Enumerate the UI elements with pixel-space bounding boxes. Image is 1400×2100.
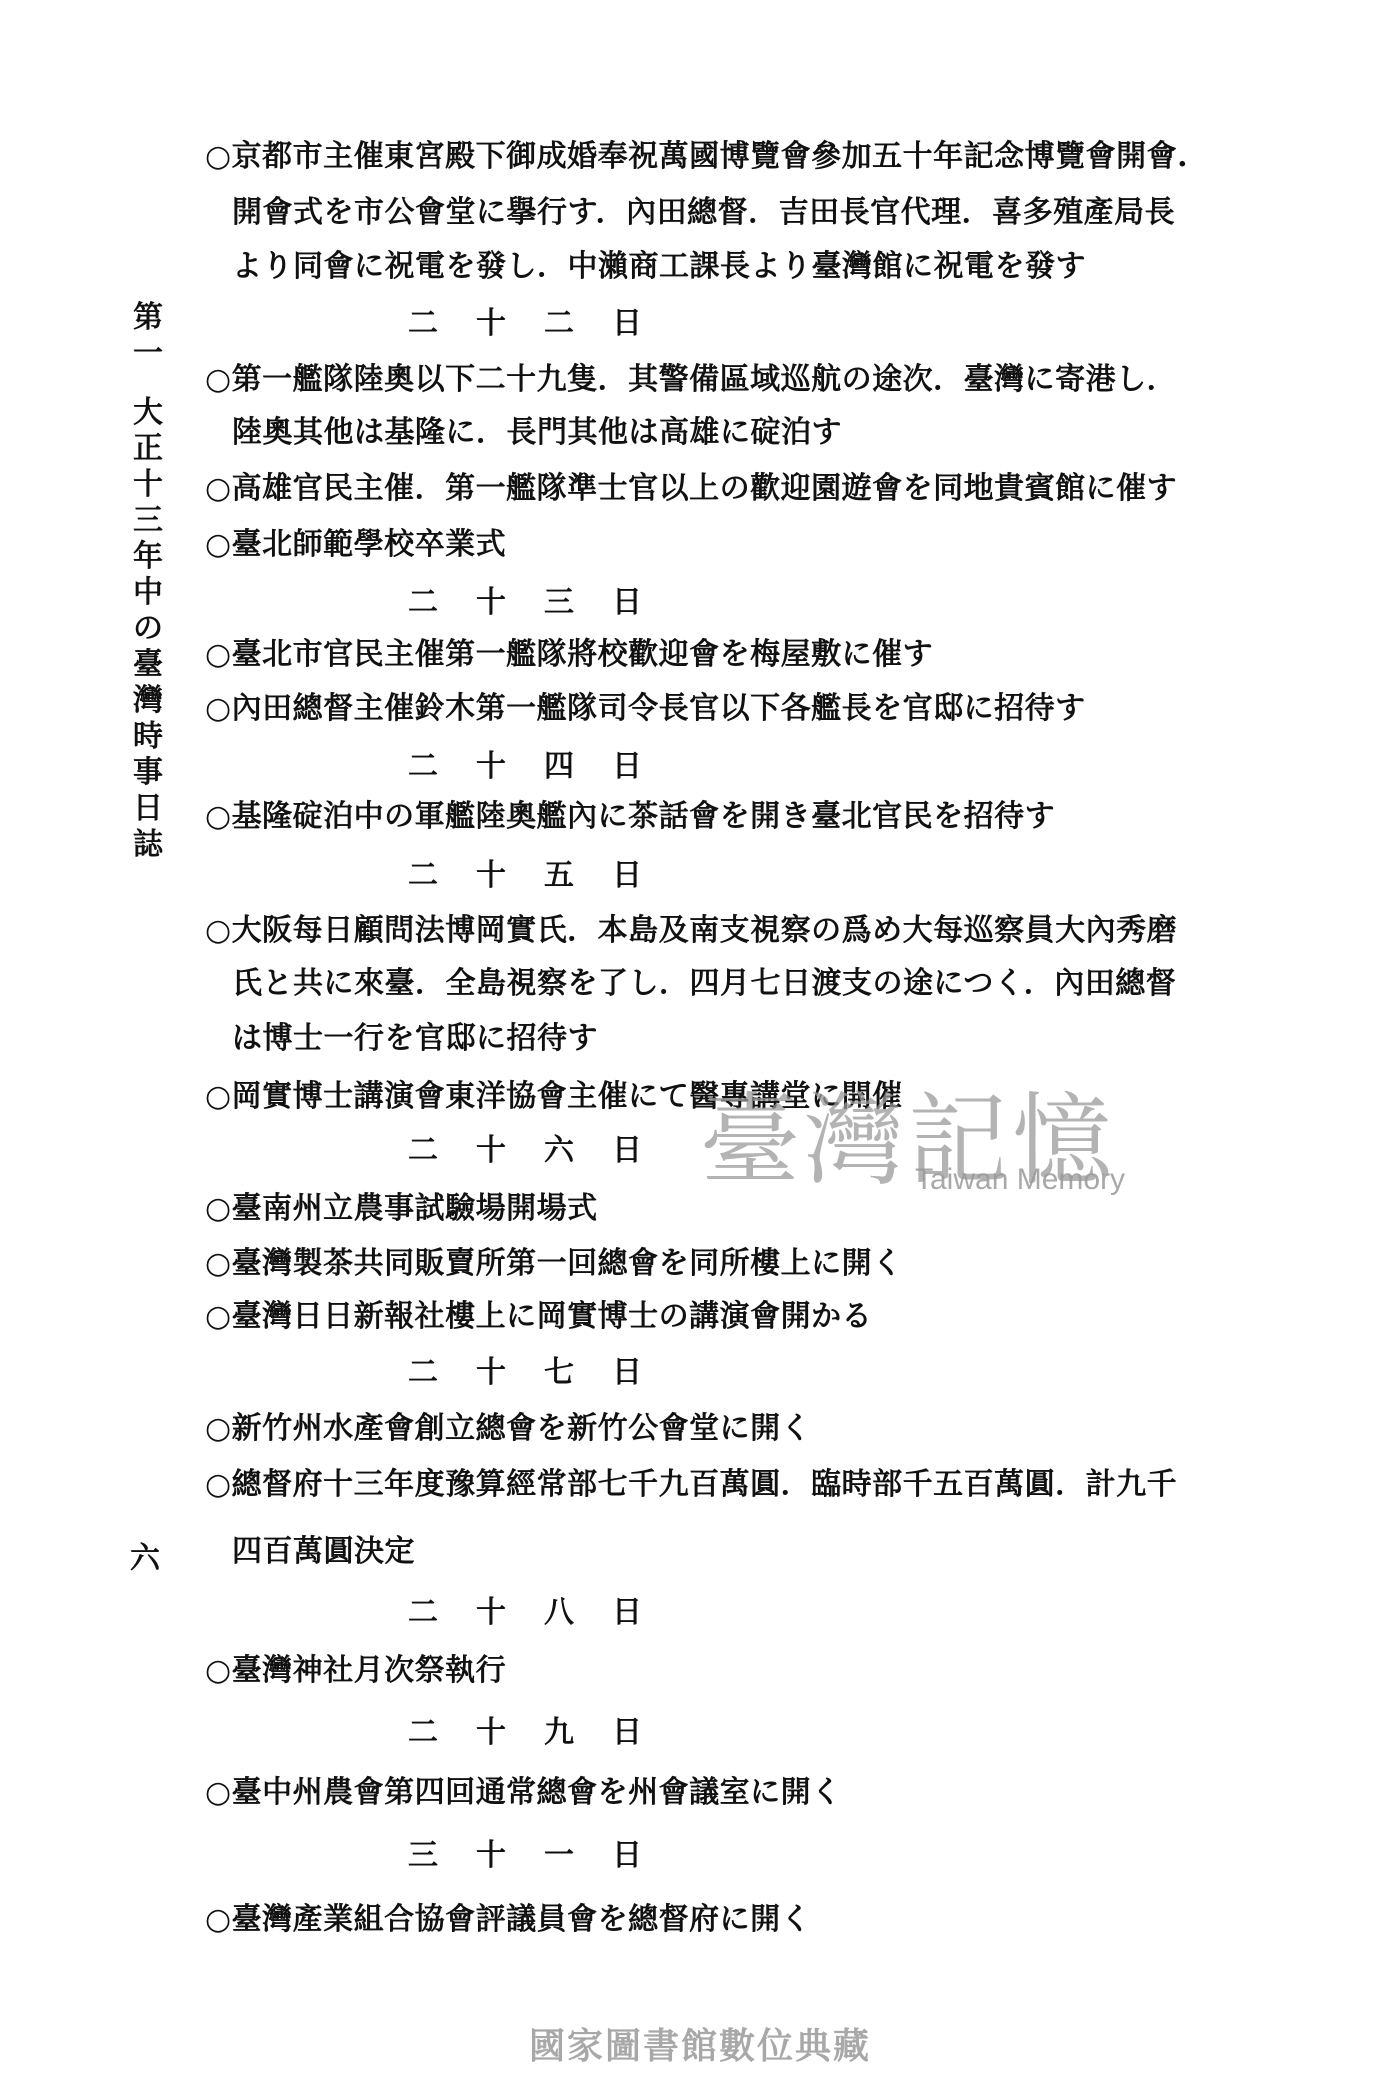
entry-line: ○臺北師範學校卒業式	[205, 525, 506, 565]
date-heading: 二十三日	[408, 583, 680, 623]
entry-line: ○臺灣神社月次祭執行	[205, 1651, 506, 1691]
entry-line: ○臺北市官民主催第一艦隊將校歡迎會を梅屋敷に催す	[205, 635, 933, 675]
entry-continuation: 開會式を市公會堂に擧行す．內田總督．吉田長官代理．喜多殖產局長	[232, 193, 1175, 233]
date-heading: 二十二日	[408, 304, 680, 344]
entry-line: ○新竹州水產會創立總會を新竹公會堂に開く	[205, 1409, 811, 1449]
date-heading: 二十五日	[408, 856, 680, 896]
entry-line: ○高雄官民主催．第一艦隊準士官以上の歡迎園遊會を同地貴賓館に催す	[205, 469, 1177, 509]
side-part-label: 第一	[130, 300, 166, 372]
date-heading: 二十四日	[408, 747, 680, 787]
entry-continuation: より同會に祝電を發し．中瀨商工課長より臺灣館に祝電を發す	[232, 247, 1086, 287]
entry-line: ○臺中州農會第四回通常總會を州會議室に開く	[205, 1773, 842, 1813]
entry-line: ○臺灣日日新報社樓上に岡實博士の講演會開かる	[205, 1297, 872, 1337]
entry-line: ○臺灣產業組合協會評議員會を總督府に開く	[205, 1900, 811, 1940]
entry-line: ○總督府十三年度豫算經常部七千九百萬圓．臨時部千五百萬圓．計九千	[205, 1465, 1177, 1505]
entry-line: ○臺灣製茶共同販賣所第一回總會を同所樓上に開く	[205, 1244, 903, 1284]
watermark-english: Taiwan Memory	[915, 1163, 1125, 1197]
entry-line: ○第一艦隊陸奧以下二十九隻．其警備區域巡航の途次．臺灣に寄港し．	[205, 360, 1177, 400]
page-number: 六	[130, 1533, 160, 1577]
footer-credit: 國家圖書館數位典藏	[0, 2018, 1400, 2069]
entry-continuation: 四百萬圓決定	[232, 1532, 415, 1572]
date-heading: 二十九日	[408, 1713, 680, 1753]
date-heading: 二十六日	[408, 1131, 680, 1171]
entry-continuation: 陸奧其他は基隆に．長門其他は高雄に碇泊す	[232, 413, 842, 453]
entry-line: ○基隆碇泊中の軍艦陸奧艦內に茶話會を開き臺北官民を招待す	[205, 797, 1055, 837]
entry-continuation: 氏と共に來臺．全島視察を了し．四月七日渡支の途につく．內田總督	[232, 964, 1176, 1004]
date-heading: 三十一日	[408, 1836, 680, 1876]
date-heading: 二十八日	[408, 1593, 680, 1633]
date-heading: 二十七日	[408, 1353, 680, 1393]
side-title: 大正十三年中の臺灣時事日誌	[130, 395, 166, 863]
entry-line: ○大阪每日顧問法博岡實氏．本島及南支視察の爲め大每巡察員大內秀磨	[205, 911, 1177, 951]
entry-line: ○臺南州立農事試驗場開場式	[205, 1189, 598, 1229]
entry-line: ○內田總督主催鈴木第一艦隊司令長官以下各艦長を官邸に招待す	[205, 689, 1086, 729]
entry-continuation: は博士一行を官邸に招待す	[232, 1019, 598, 1059]
entry-line: ○京都市主催東宮殿下御成婚奉祝萬國博覽會參加五十年記念博覽會開會.	[205, 137, 1188, 177]
